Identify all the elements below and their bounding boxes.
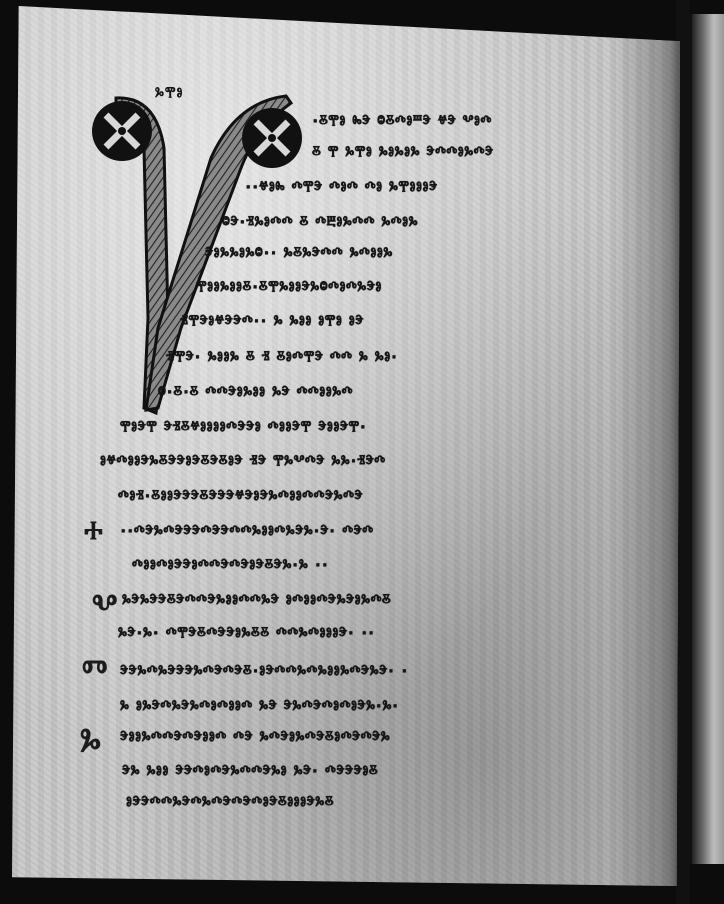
margin-initial: Ⰲ: [92, 588, 118, 623]
text-line: ⱐⰹⰵ· ⰳⱁⱁⰳ ⰻ ⱐ ⰻⱁⰴⰹⰵ ⰴⰴ ⰳ ⰳⱁ·: [166, 348, 398, 368]
text-line: ⰵⰳ ⰳⱁⱁ ⰵⰵⰴⱁⰴⰵⰳⰴⰴⰵⰳⱁ ⰳⰵ· ⰴⰵⰵⰵⱁⰻ: [122, 762, 378, 782]
text-line: ⱁⱍⰴⱁⱁⰵⰳⰻⰵⰵⱁⰵⰻⰵⰻⱁⰵ ⱐⰵ ⰹⰳⰲⰴⰵ ⰳⰳ·ⱐⰵⰴ: [100, 452, 386, 472]
text-line: ⰹⱁⰵⰹ ⰵⱐⰻⱍⱁⱁⱁⱁⰴⰵⰵⱁ ⰴⱁⱁⰵⰹ ⰵⱁⱁⰵⰹ·: [120, 418, 367, 438]
text-line: ⱐⰹⰵⱁⱍⰵⰵⰴ·· ⰳ ⰳⱁⱁ ⱁⰹⱁ ⱁⰵ: [180, 312, 364, 332]
text-line: ⱉ·ⰻ·ⰻ ⰴⰴⰵⱁⰳⱁⱁ ⰳⰵ ⰴⰴⱁⱁⰳⰴ: [158, 383, 353, 403]
text-line: ⰵⱁⰳⰳⱁⰳⱉ·· ⰳⰻⰳⰵⰴⰴ ⰳⰴⱁⱁⰳ: [205, 244, 393, 264]
text-line: ··ⱍⱁⰸ ⰴⰹⰵ ⰴⱁⰴ ⰴⱁ ⰳⰹⱁⱁⱁⰵ: [245, 178, 438, 198]
text-line: ⰴⱁⱐ·ⰻⱁⱁⰵⰵⰵⰻⰵⰵⰵⱍⰵⱁⰵⰳⰴⱁⱁⰴⰴⰵⰳⰴⰵ: [118, 487, 363, 507]
heading-above-initial: ⰳⰹⱁ: [155, 84, 184, 104]
margin-initial: Ⰰ: [84, 516, 103, 547]
text-line: ⰻ ⰹ ⰳⰹⱁ ⰳⱁⰳⱁⰳ ⰵⰴⰴⱁⰳⰴⰵ: [312, 143, 494, 163]
text-line: ⰵⰵⰳⰴⰳⰵⰵⰵⰳⰴⰵⰴⰵⰻ·ⱁⰵⰴⰴⰳⰴⰳⱁⱁⰳⰴⰵⰳⰵ· ·: [120, 662, 408, 682]
text-line: ··ⰴⰵⰳⰴⰵⰵⰵⰴⰵⰵⰴⰴⰳⱁⱁⰴⰳⰵⰳ·ⰵ· ⰴⰵⰴ: [120, 522, 374, 542]
text-line: ⱁⰵⰵⰴⰴⰳⰵⰴⰳⰴⰵⰴⰵⰴⱁⰵⰻⱁⱁⱁⰵⰳⰻ: [126, 793, 334, 813]
margin-initial: Ⰳ: [80, 722, 101, 757]
text-line: ⱉⰵ·ⱐⰳⱁⰴⰴ ⰻ ⰴⰱⱁⰳⰴⰴ ⰳⰴⱁⰳ: [222, 213, 418, 233]
text-line: ⰳⰵⰳⰵⰵⰻⰵⰴⰴⰵⰳⱁⱁⰴⰴⰳⰵ ⱁⰴⱁⱁⰴⰵⰳⰵⱁⰳⰴⰻ: [122, 591, 391, 611]
text-line: ⰳ ⱁⰳⰵⰴⰳⰵⰳⰴⱁⰴⱁⱁⰴ ⰳⰵ ⰵⰳⰴⰵⰴⱁⰴⱁⰵⰳ·ⰳ·: [120, 697, 399, 717]
text-line: ⰳⰵ·ⰳ· ⰴⰹⰵⰻⰴⰵⰵⱁⰳⰻⰻ ⰴⰴⰳⰴⱁⱁⱁⰵ· ··: [118, 624, 375, 644]
margin-initial: Ⱅ: [82, 654, 107, 689]
text-line: ⰹⱁⱁⰳⱁⱁⰻ·ⰻⰹⰳⱁⱁⰵⰳⱉⰴⱁⰴⰳⰵⱁ: [196, 278, 382, 298]
facing-page-edge: [688, 14, 724, 864]
text-line: ⰴⱁⱁⰴⱁⰵⰵⱁⰴⰴⰵⰴⰵⱁⰵⰻⰵⰳ·ⰳ ··: [132, 556, 329, 576]
text-line: ·ⰻⰹⱁ ⰸⰵ ⱉⰻⰴⱁⱎⰵ ⱍⰵ ⰲⱁⰴ: [312, 112, 492, 132]
text-line: ⰵⱁⱁⰳⰴⰴⰵⰴⰵⱁⱁⰴ ⰴⰵ ⰳⰴⰵⱁⰳⰴⰵⰻⱁⰴⰵⰴⰵⰳ: [120, 728, 390, 748]
